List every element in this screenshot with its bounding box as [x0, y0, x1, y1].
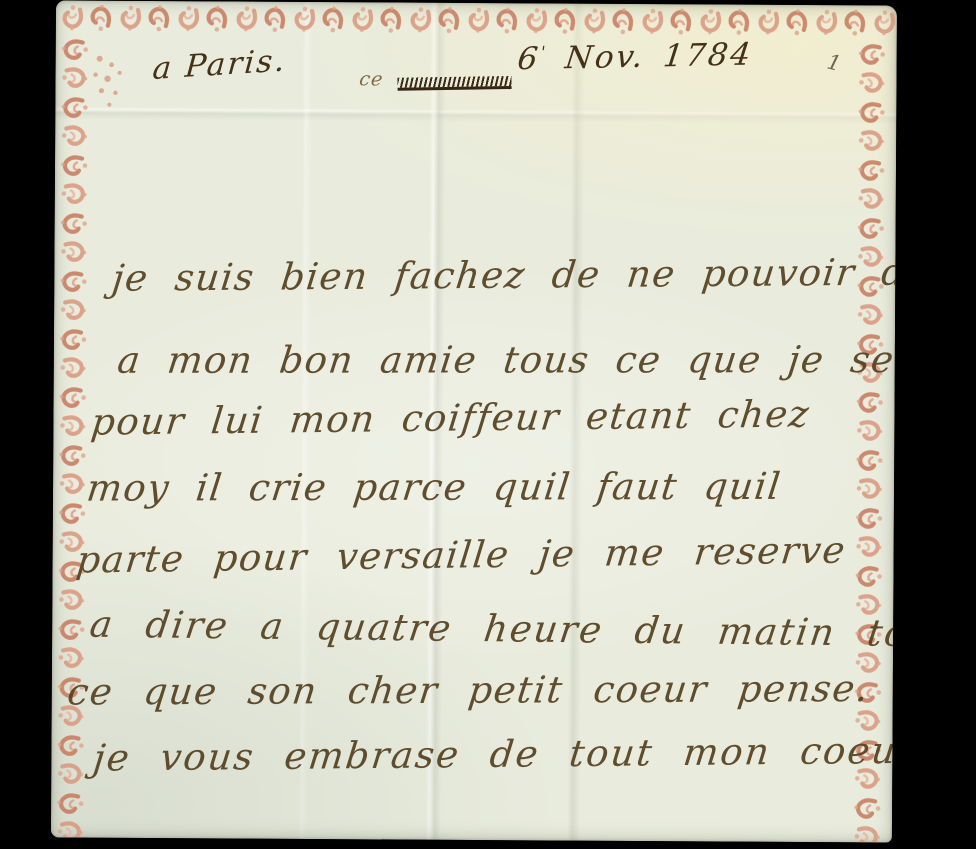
letter-line: a dire a quatre heure du matin tout — [87, 603, 897, 656]
floral-border-right — [850, 41, 895, 842]
dateline-place: a Paris. — [151, 43, 288, 87]
letter-line: a mon bon amie tous ce que je sent — [115, 338, 897, 382]
letter-line: parte pour versaille je me reserve — [74, 529, 848, 582]
date-month-year: Nov. 1784 — [563, 37, 755, 77]
letter-line: moy il crie parce quil faut quil — [84, 465, 783, 510]
floral-border-top — [56, 0, 897, 45]
letter-line: je suis bien fachez de ne pouvoir dire — [110, 250, 897, 300]
photo-background: a Paris. ce 6' Nov. 1784 1 je suis bien … — [0, 0, 976, 849]
letter-line: ce que son cher petit coeur pense. — [65, 667, 872, 713]
page-mark: 1 — [825, 50, 844, 77]
dateline-ce: ce — [358, 68, 385, 90]
strikethrough-scribble-icon — [397, 76, 511, 91]
letter-line: je vous embrase de tout mon coeur — [91, 729, 897, 780]
date-superscript: ' — [540, 42, 549, 61]
letter-line: pour lui mon coiffeur etant chez — [89, 393, 812, 444]
dateline-date: 6' Nov. 1784 — [515, 37, 754, 78]
date-day: 6 — [515, 41, 542, 77]
letter-paper: a Paris. ce 6' Nov. 1784 1 je suis bien … — [51, 0, 897, 842]
